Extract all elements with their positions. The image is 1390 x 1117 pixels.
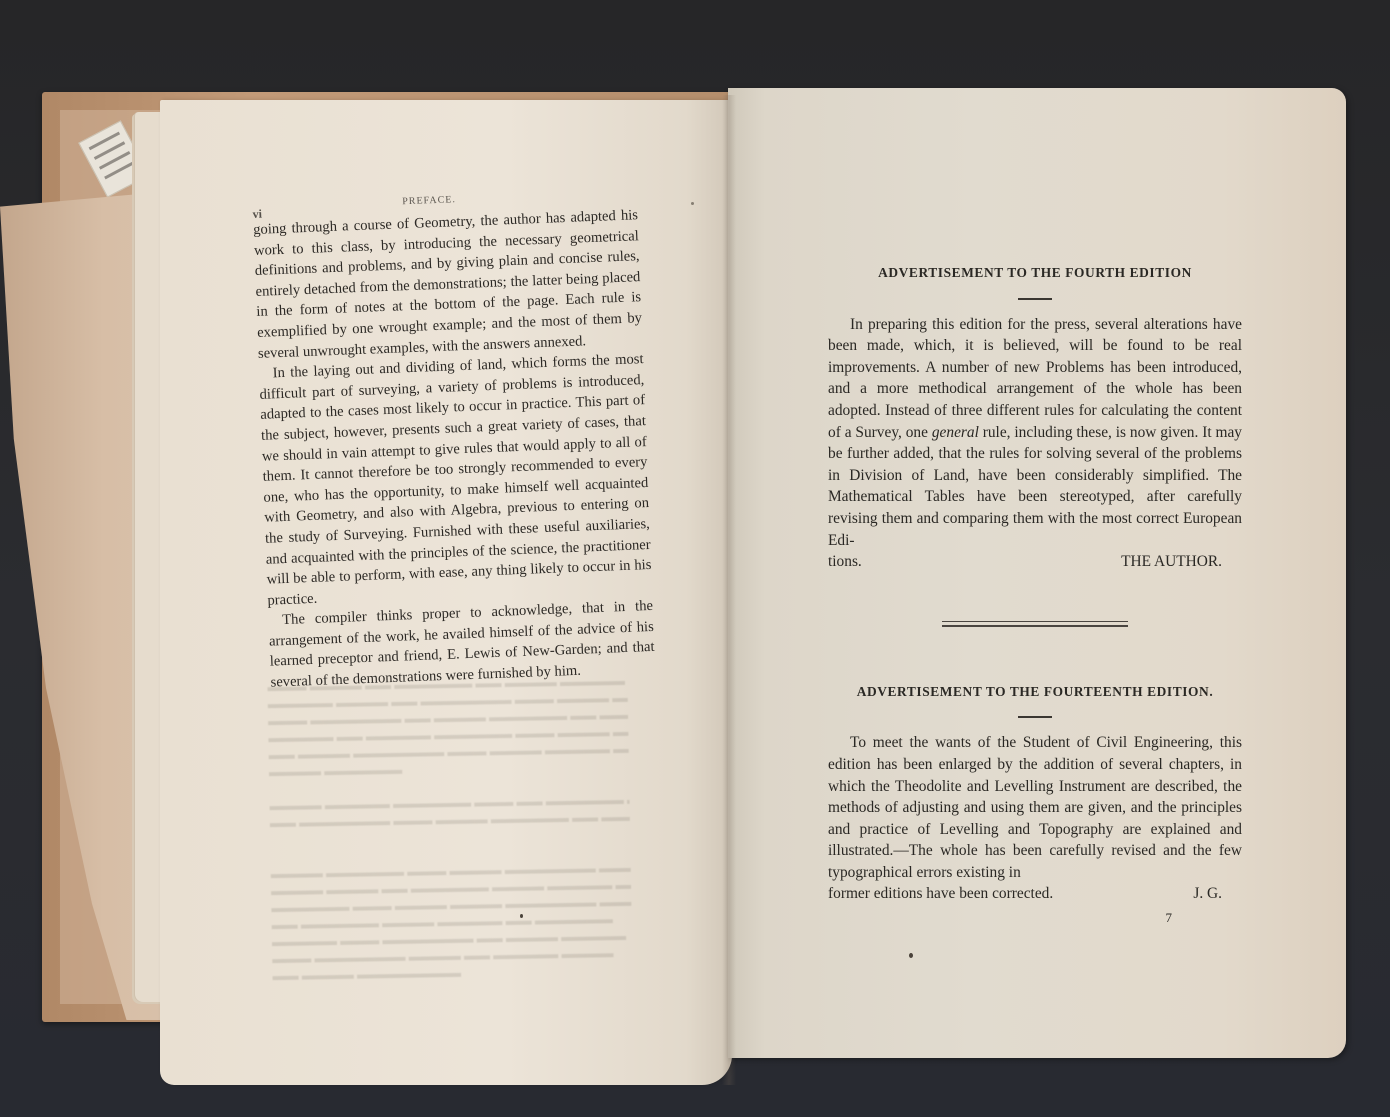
book-gutter: [722, 95, 736, 1085]
preface-paragraph-2: In the laying out and dividing of land, …: [258, 349, 652, 611]
body-text: In preparing this edition for the press,…: [828, 316, 1242, 441]
ink-spot: [691, 202, 694, 205]
fourth-edition-title: ADVERTISEMENT TO THE FOURTH EDITION: [828, 262, 1242, 284]
short-rule: [1018, 716, 1052, 718]
double-rule-divider: [942, 621, 1128, 627]
ink-spot: [520, 914, 523, 918]
signature-jg: J. G.: [1193, 883, 1242, 905]
fourth-edition-body: In preparing this edition for the press,…: [828, 314, 1242, 552]
italic-emphasis: general: [932, 424, 979, 441]
body-text: rule, including these, is now given. It …: [828, 424, 1242, 549]
last-line: tions.: [828, 551, 862, 573]
short-rule: [1018, 298, 1052, 300]
advertisements-text-block: ADVERTISEMENT TO THE FOURTH EDITION In p…: [828, 262, 1242, 929]
page-number-right: 7: [828, 907, 1242, 929]
fourteenth-edition-body: To meet the wants of the Student of Civi…: [828, 732, 1242, 883]
signature-the-author: THE AUTHOR.: [1121, 551, 1242, 573]
preface-paragraph-1: going through a course of Geometry, the …: [253, 205, 643, 364]
fourth-edition-signoff: tions. THE AUTHOR.: [828, 551, 1242, 573]
last-line: former editions have been corrected.: [828, 883, 1053, 905]
preface-text-block: vi PREFACE. going through a course of Ge…: [252, 183, 656, 693]
bleed-through-text: ▬▬▬ ▬▬▬▬ ▬▬ ▬▬▬▬▬▬ ▬▬ ▬▬▬▬ ▬▬▬▬▬ ▬▬▬▬ ▬▬…: [267, 672, 632, 984]
running-head: PREFACE.: [402, 190, 456, 213]
ink-spot: [909, 953, 913, 958]
page-number-left: vi: [252, 204, 262, 225]
fourteenth-edition-signoff: former editions have been corrected. J. …: [828, 883, 1242, 905]
fourteenth-edition-title: ADVERTISEMENT TO THE FOURTEENTH EDITION.: [828, 681, 1242, 703]
photo-scene: vi PREFACE. going through a course of Ge…: [0, 0, 1390, 1117]
